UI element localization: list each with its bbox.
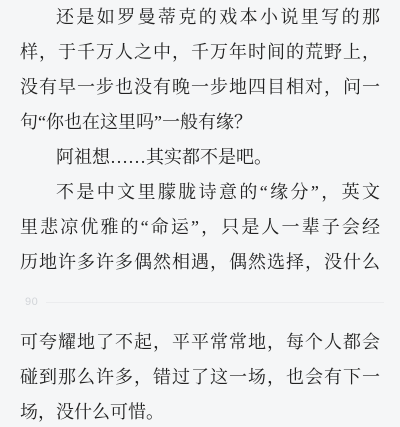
text-line: 历地许多许多偶然相遇，偶然选择，没什么 [20, 245, 380, 280]
text-line: 可夸耀地了不起，平平常常地，每个人都会 [20, 325, 380, 360]
page-break-marker: 90 [20, 280, 384, 325]
text-line: 碰到那么许多，错过了这一场，也会有下一 [20, 360, 380, 395]
text-line: 不是中文里朦胧诗意的“缘分”，英文 [20, 175, 380, 210]
text-line: 里悲凉优雅的“命运”，只是人一辈子会经 [20, 210, 380, 245]
text-line: 还是如罗曼蒂克的戏本小说里写的那 [20, 0, 380, 35]
page-break-divider-line [46, 302, 384, 303]
text-line: 阿祖想……其实都不是吧。 [20, 140, 380, 175]
text-line: 场，没什么可惜。 [20, 395, 380, 427]
page-number-label: 90 [20, 297, 38, 308]
text-line: 样，于千万人之中，千万年时间的荒野上， [20, 35, 380, 70]
text-line: 没有早一步也没有晚一步地四目相对，问一 [20, 70, 380, 105]
reader-page[interactable]: 还是如罗曼蒂克的戏本小说里写的那 样，于千万人之中，千万年时间的荒野上， 没有早… [0, 0, 400, 427]
text-line: 句“你也在这里吗”一般有缘？ [20, 105, 380, 140]
